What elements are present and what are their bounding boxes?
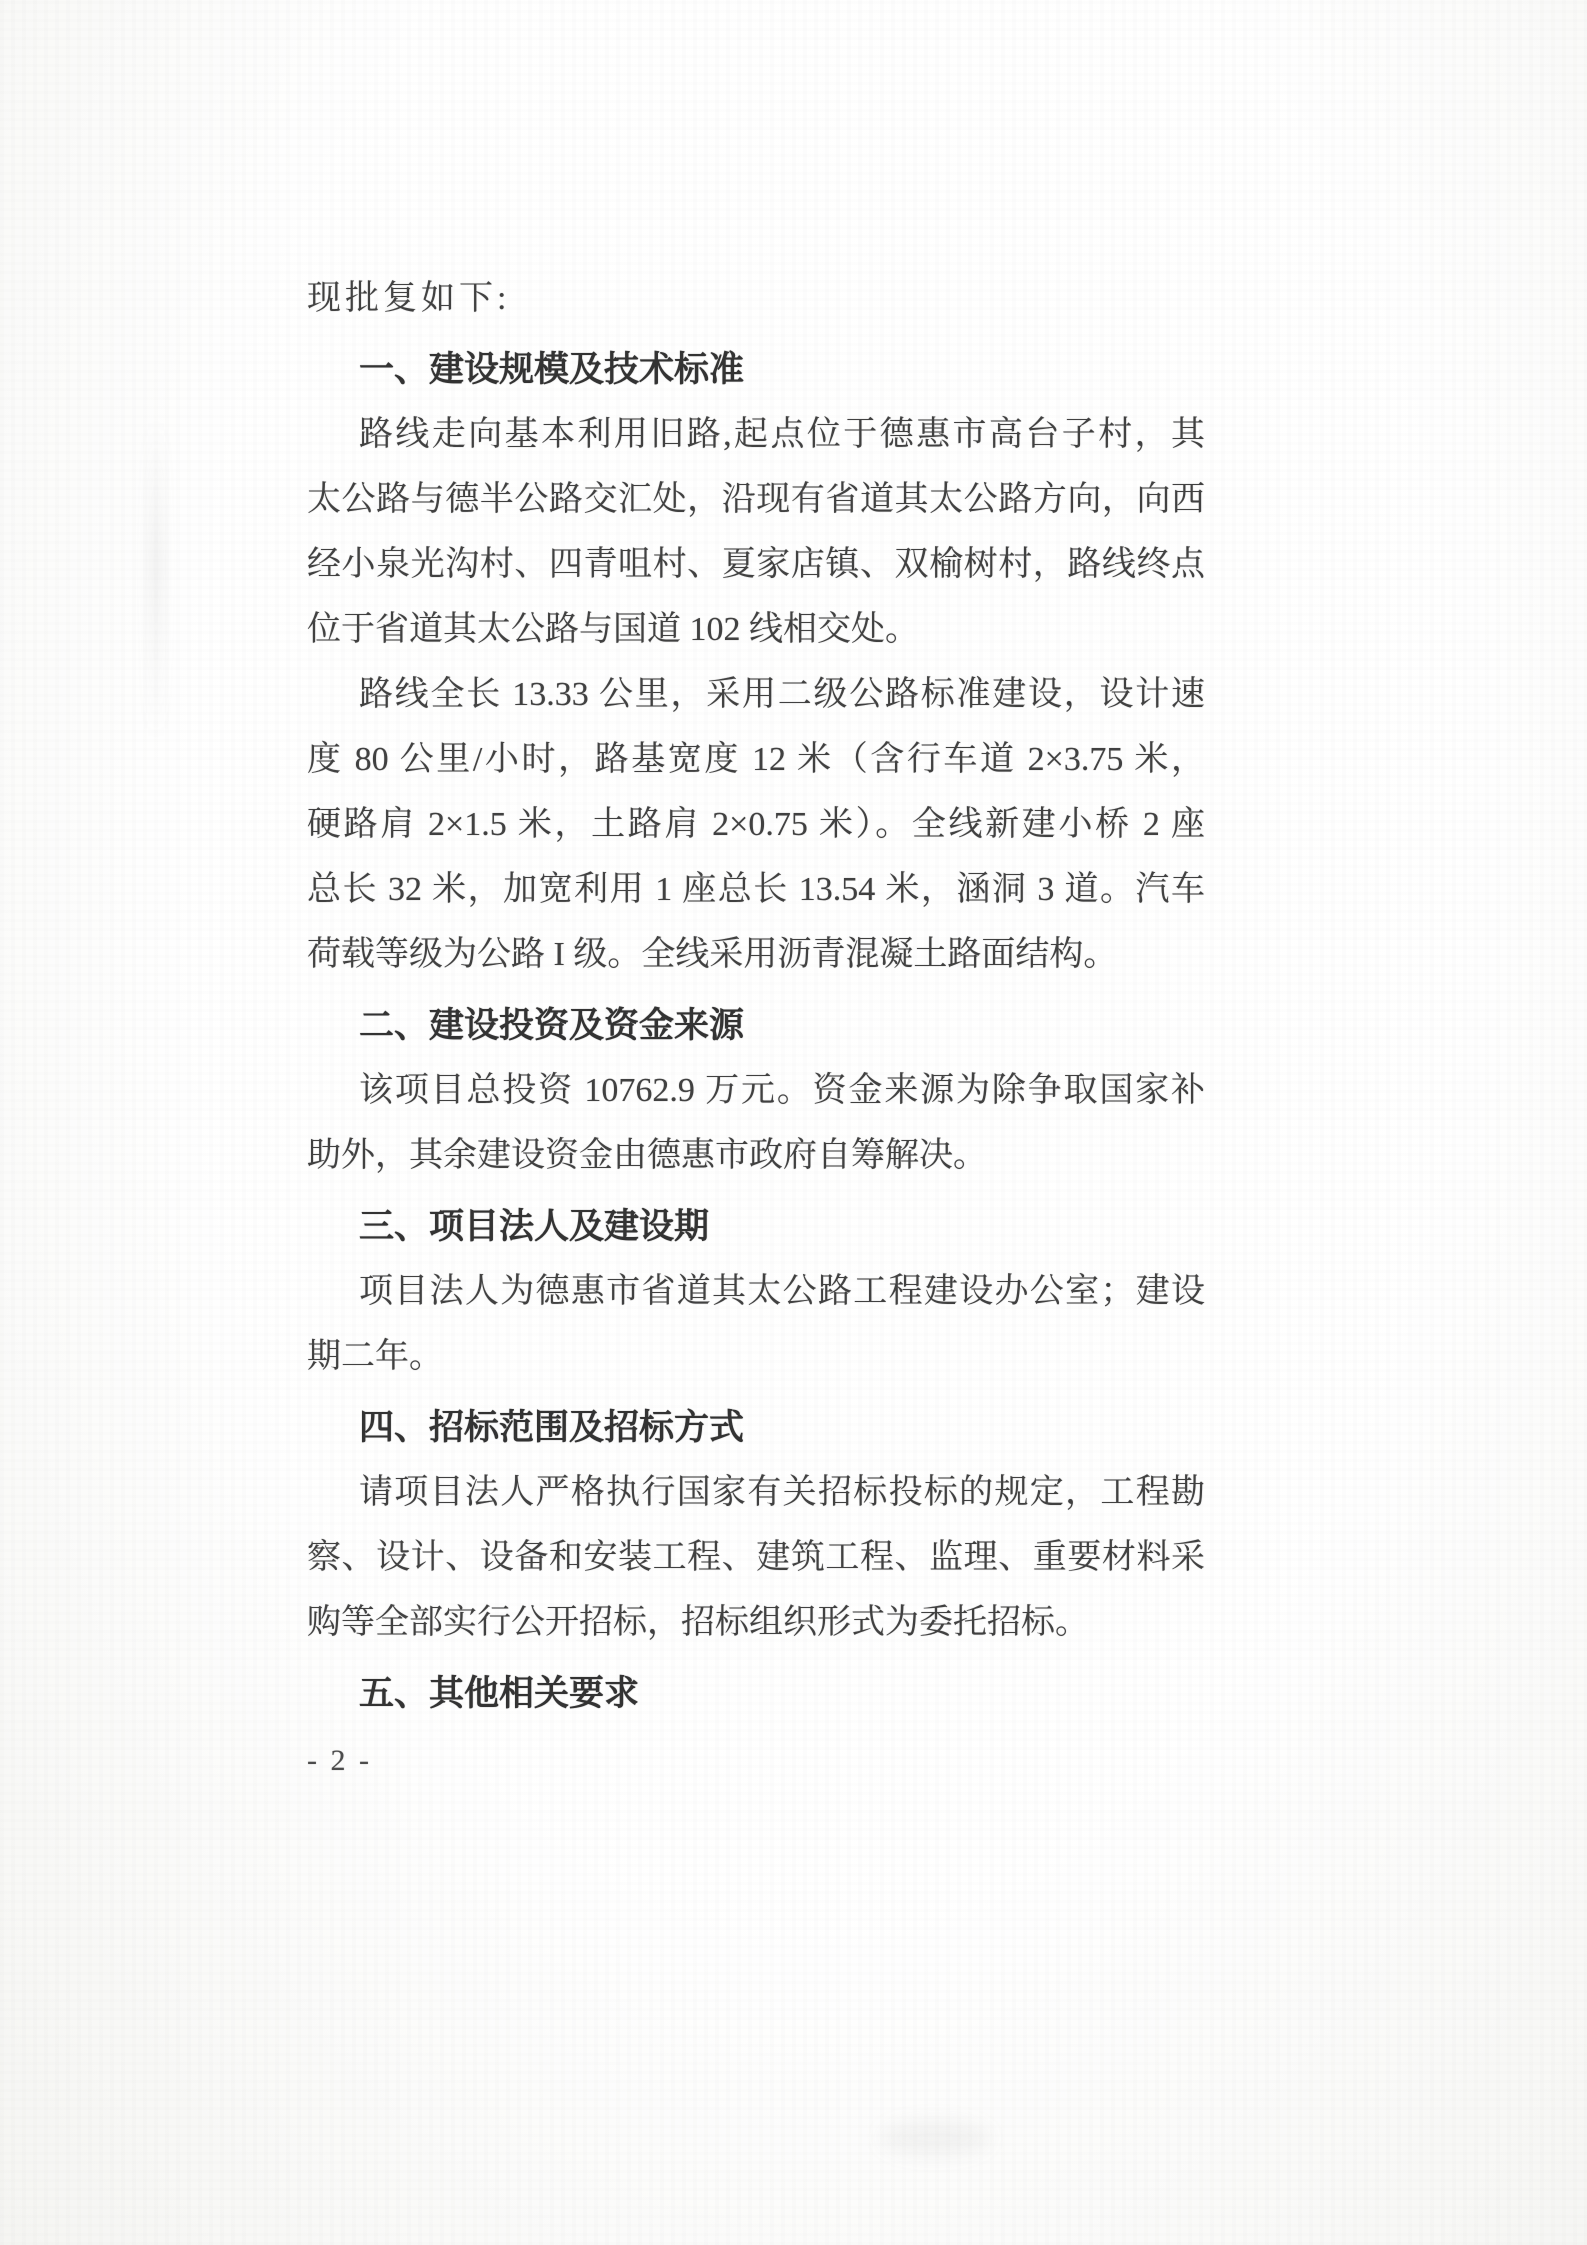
text-line: 经小泉光沟村、四青咀村、夏家店镇、双榆树村，路线终点 [307, 532, 1205, 597]
scanned-document-page: 现批复如下: 一、建设规模及技术标准 路线走向基本利用旧路,起点位于德惠市高台子… [0, 0, 1587, 2245]
text-line: 该项目总投资 10762.9 万元。资金来源为除争取国家补 [307, 1058, 1205, 1123]
text-line: 位于省道其太公路与国道 102 线相交处。 [307, 597, 1205, 662]
section-1-heading: 一、建设规模及技术标准 [307, 337, 1205, 402]
text-line: 太公路与德半公路交汇处，沿现有省道其太公路方向，向西 [307, 467, 1205, 532]
section-4-paragraph-1: 请项目法人严格执行国家有关招标投标的规定，工程勘 察、设计、设备和安装工程、建筑… [307, 1460, 1205, 1655]
text-line: 路线全长 13.33 公里，采用二级公路标准建设，设计速 [307, 662, 1205, 727]
section-5-heading: 五、其他相关要求 [307, 1661, 1205, 1726]
section-1-paragraph-2: 路线全长 13.33 公里，采用二级公路标准建设，设计速 度 80 公里/小时，… [307, 662, 1205, 987]
text-line: 请项目法人严格执行国家有关招标投标的规定，工程勘 [307, 1460, 1205, 1525]
text-line: 项目法人为德惠市省道其太公路工程建设办公室；建设 [307, 1259, 1205, 1324]
text-line: 总长 32 米，加宽利用 1 座总长 13.54 米，涵洞 3 道。汽车 [307, 857, 1205, 922]
document-body: 现批复如下: 一、建设规模及技术标准 路线走向基本利用旧路,起点位于德惠市高台子… [307, 266, 1205, 1782]
text-line: 购等全部实行公开招标，招标组织形式为委托招标。 [307, 1590, 1205, 1655]
scan-smudge-artifact [880, 2120, 990, 2156]
page-number: - 2 - [307, 1740, 1205, 1782]
text-line: 度 80 公里/小时，路基宽度 12 米（含行车道 2×3.75 米， [307, 727, 1205, 792]
text-line: 荷载等级为公路 I 级。全线采用沥青混凝土路面结构。 [307, 922, 1205, 987]
text-line: 硬路肩 2×1.5 米，土路肩 2×0.75 米）。全线新建小桥 2 座 [307, 792, 1205, 857]
section-3-paragraph-1: 项目法人为德惠市省道其太公路工程建设办公室；建设 期二年。 [307, 1259, 1205, 1389]
intro-text: 现批复如下: [307, 266, 1205, 331]
section-3-heading: 三、项目法人及建设期 [307, 1194, 1205, 1259]
section-1-paragraph-1: 路线走向基本利用旧路,起点位于德惠市高台子村，其 太公路与德半公路交汇处，沿现有… [307, 402, 1205, 662]
section-2-paragraph-1: 该项目总投资 10762.9 万元。资金来源为除争取国家补 助外，其余建设资金由… [307, 1058, 1205, 1188]
text-line: 助外，其余建设资金由德惠市政府自筹解决。 [307, 1123, 1205, 1188]
text-line: 路线走向基本利用旧路,起点位于德惠市高台子村，其 [307, 402, 1205, 467]
section-2-heading: 二、建设投资及资金来源 [307, 993, 1205, 1058]
intro-paragraph: 现批复如下: [307, 266, 1205, 331]
section-4-heading: 四、招标范围及招标方式 [307, 1395, 1205, 1460]
text-line: 察、设计、设备和安装工程、建筑工程、监理、重要材料采 [307, 1525, 1205, 1590]
text-line: 期二年。 [307, 1324, 1205, 1389]
scan-smudge-artifact [148, 420, 164, 740]
